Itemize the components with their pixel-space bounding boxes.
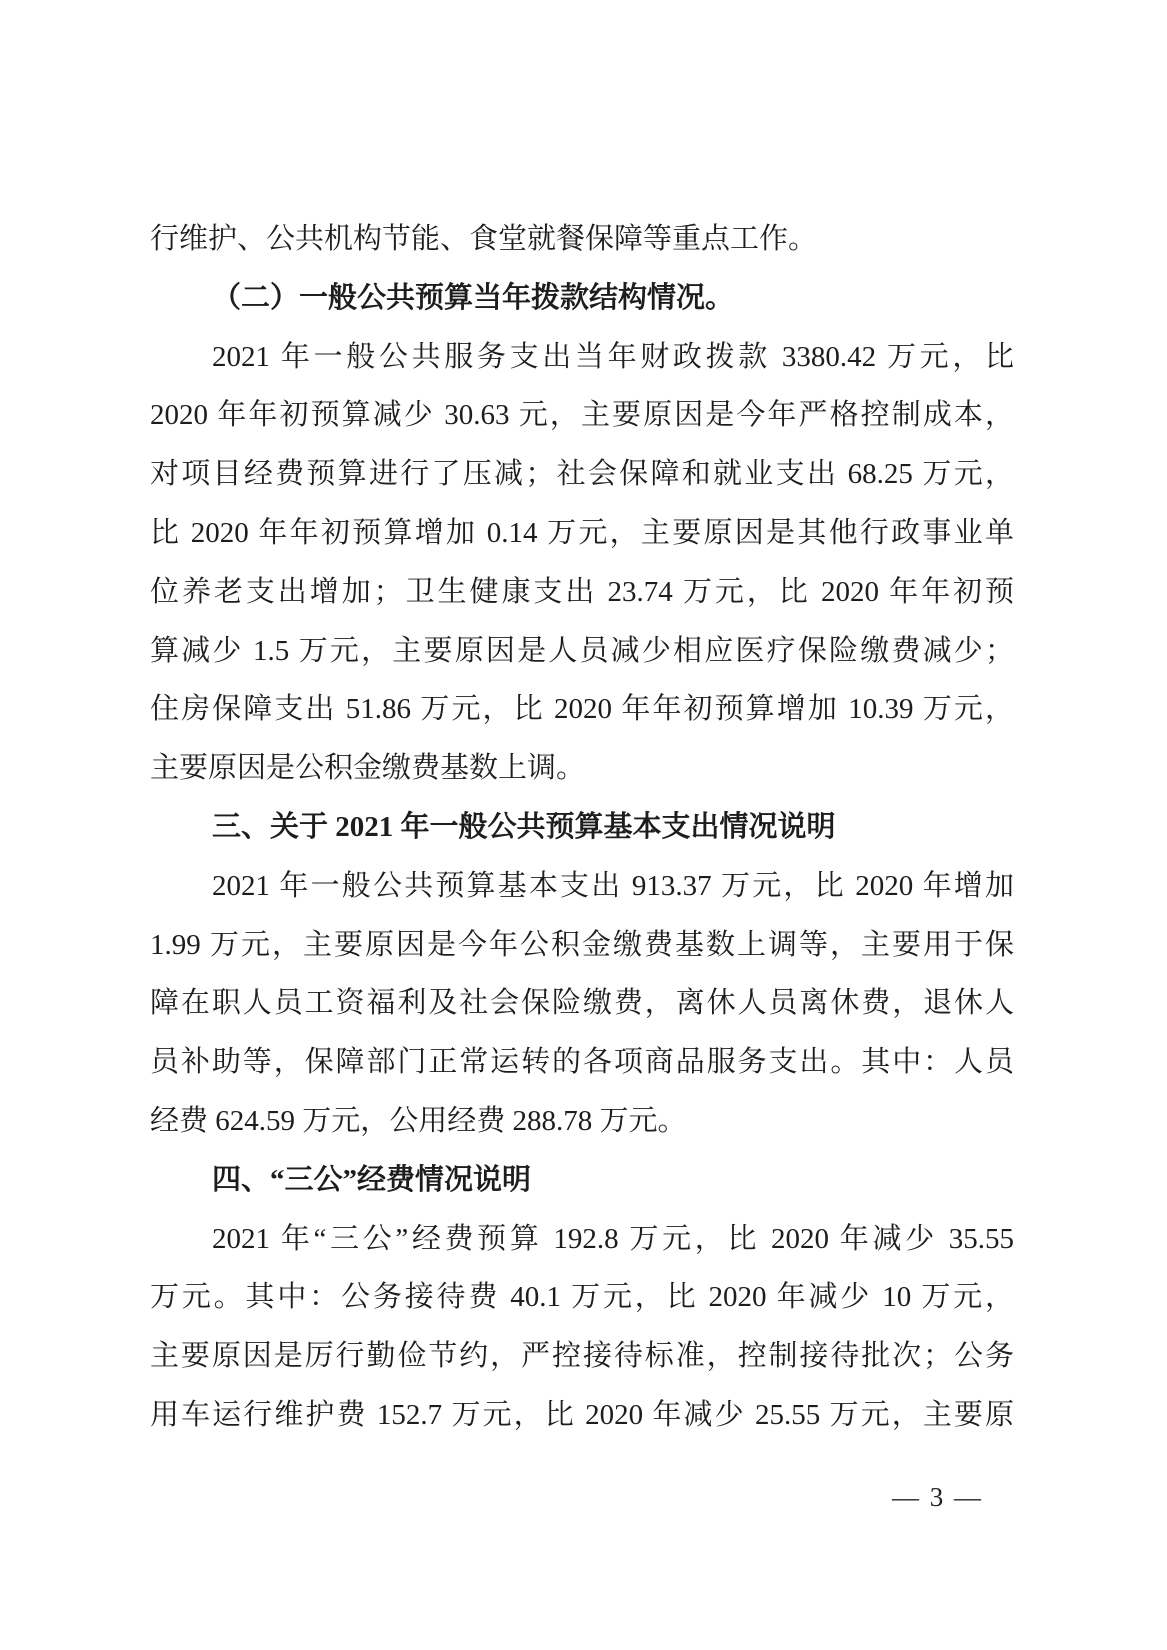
text-line: 用车运行维护费 152.7 万元，比 2020 年减少 25.55 万元，主要原	[150, 1386, 1014, 1445]
section-heading-2: （二）一般公共预算当年拨款结构情况。	[150, 269, 1014, 328]
text-line: 2021 年一般公共预算基本支出 913.37 万元，比 2020 年增加	[150, 857, 1014, 916]
text-line: 住房保障支出 51.86 万元，比 2020 年年初预算增加 10.39 万元，	[150, 680, 1014, 739]
section-heading-4: 四、“三公”经费情况说明	[150, 1151, 1014, 1210]
text-line: 2020 年年初预算减少 30.63 元，主要原因是今年严格控制成本，	[150, 386, 1014, 445]
text-line: 2021 年“三公”经费预算 192.8 万元，比 2020 年减少 35.55	[150, 1210, 1014, 1269]
document-body: 行维护、公共机构节能、食堂就餐保障等重点工作。 （二）一般公共预算当年拨款结构情…	[150, 210, 1014, 1445]
text-line: 比 2020 年年初预算增加 0.14 万元，主要原因是其他行政事业单	[150, 504, 1014, 563]
text-line: 算减少 1.5 万元，主要原因是人员减少相应医疗保险缴费减少；	[150, 622, 1014, 681]
text-line: 经费 624.59 万元，公用经费 288.78 万元。	[150, 1092, 1014, 1151]
text-line: 主要原因是公积金缴费基数上调。	[150, 739, 1014, 798]
text-line: 对项目经费预算进行了压减；社会保障和就业支出 68.25 万元，	[150, 445, 1014, 504]
text-line: 位养老支出增加；卫生健康支出 23.74 万元，比 2020 年年初预	[150, 563, 1014, 622]
text-line: 万元。其中：公务接待费 40.1 万元，比 2020 年减少 10 万元，	[150, 1268, 1014, 1327]
document-page: 行维护、公共机构节能、食堂就餐保障等重点工作。 （二）一般公共预算当年拨款结构情…	[0, 0, 1167, 1650]
text-line: 行维护、公共机构节能、食堂就餐保障等重点工作。	[150, 210, 1014, 269]
text-line: 障在职人员工资福利及社会保险缴费，离休人员离休费，退休人	[150, 974, 1014, 1033]
text-line: 2021 年一般公共服务支出当年财政拨款 3380.42 万元，比	[150, 328, 1014, 387]
text-line: 主要原因是厉行勤俭节约，严控接待标准，控制接待批次；公务	[150, 1327, 1014, 1386]
text-line: 员补助等，保障部门正常运转的各项商品服务支出。其中：人员	[150, 1033, 1014, 1092]
section-heading-3: 三、关于 2021 年一般公共预算基本支出情况说明	[150, 798, 1014, 857]
text-line: 1.99 万元，主要原因是今年公积金缴费基数上调等，主要用于保	[150, 916, 1014, 975]
page-number: — 3 —	[892, 1480, 983, 1514]
